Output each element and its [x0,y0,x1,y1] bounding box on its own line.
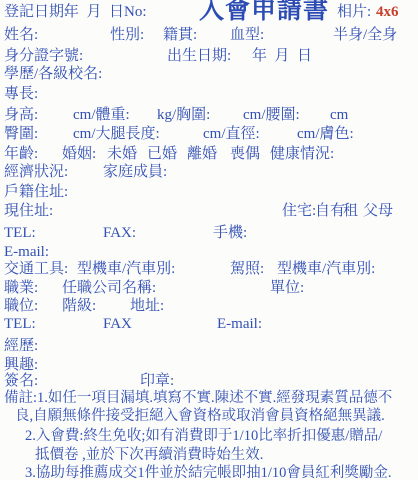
label-id-number: 身分證字號: [4,47,83,65]
label-residence: 住宅: [282,202,316,220]
note-line-2: 良,自願無條件接受拒絕入會資格或取消會員資格絕無異議. [15,407,385,425]
label-email: E-mail: [4,243,49,261]
row-experience: 經歷: [0,337,418,356]
row-body-measurements-2: 臀圍: cm/大腿長度: cm/直徑: cm/膚色: [0,125,418,144]
label-diameter: cm/直徑: [203,125,260,143]
option-rent: 租 [343,202,358,220]
label-waist: cm/腰圍: [243,106,300,124]
label-unit: 單位: [270,279,304,297]
label-rank: 階級: [62,297,96,315]
label-education: 學歷/各級校名: [4,65,102,83]
label-name: 姓名: [4,26,38,44]
label-work-fax: FAX [103,315,132,333]
label-half-or-full-body: 半身/全身 [333,26,397,44]
label-registration-date: 登記日期: [4,3,68,21]
row-note-1: 備註:1.如任一項目漏填.填寫不實.陳述不實.經發現素質品德不 [0,389,418,408]
option-married: 已婚 [147,145,177,163]
label-economic-status: 經濟狀況: [4,163,68,181]
label-vehicle-type-2: 型機車/汽車別: [277,260,375,278]
label-photo: 相片: [337,3,371,21]
label-mobile: 手機: [213,224,247,242]
row-current-address: 現住址: 住宅: 自有 租 父母 [0,202,418,221]
option-parents-home: 父母 [363,202,393,220]
label-position: 職位: [4,297,38,315]
label-blood-type: 血型: [230,26,264,44]
row-transport: 交通工具: 型機車/汽車別: 駕照: 型機車/汽車別: [0,260,418,279]
label-hip: 臀圍: [4,125,38,143]
row-note-5: 3.協助每推薦成交1件並於結完帳即抽1/10會員紅利獎勵金. [0,464,418,480]
label-fax: FAX: [103,224,136,242]
label-height: 身高: [4,106,38,124]
membership-application-form: 登記日期: 年 月 日No: 入會申請書 相片: 4x6 姓名: 性別: 籍貫:… [0,0,418,480]
label-skin-color: cm/膚色: [297,125,354,143]
label-cm-unit: cm [330,106,348,124]
option-single: 未婚 [107,145,137,163]
row-note-2: 良,自願無條件接受拒絕入會資格或取消會員資格絕無異議. [0,407,418,426]
label-thigh-length: cm/大腿長度: [73,125,160,143]
note-line-1: 備註:1.如任一項目漏填.填寫不實.陳述不實.經發現素質品德不 [4,389,392,407]
row-body-measurements-1: 身高: cm/體重: kg/胸圍: cm/腰圍: cm [0,106,418,125]
label-signature: 簽名: [4,372,38,390]
row-education: 學歷/各級校名: [0,65,418,84]
note-line-3: 2.入會費:終生免收;如有消費即于1/10比率折扣優惠/贈品/ [25,427,382,445]
label-family-members: 家庭成員: [103,163,167,181]
label-work-email: E-mail: [217,315,262,333]
label-gender: 性別: [110,26,144,44]
row-id: 身分證字號: 出生日期: 年 月 日 [0,47,418,66]
note-line-4: 抵價卷 ,並於下次再續消費時始生效. [35,446,263,464]
label-chest: kg/胸圍: [157,106,210,124]
page-title: 入會申請書 [199,0,329,24]
label-registered-address: 戶籍住址: [4,183,68,201]
photo-size-value: 4x6 [376,3,399,21]
row-age-marriage: 年齡: 婚姻: 未婚 已婚 離婚 喪偶 健康情況: [0,145,418,164]
label-work-address: 地址: [130,297,164,315]
label-age: 年齡: [4,145,38,163]
row-name: 姓名: 性別: 籍貫: 血型: 半身/全身 [0,26,418,45]
label-specialty: 專長: [4,85,38,103]
option-own-home: 自有 [315,202,345,220]
label-company-name: 任職公司名稱: [62,279,156,297]
row-note-4: 抵價卷 ,並於下次再續消費時始生效. [0,446,418,465]
label-weight: cm/體重: [73,106,130,124]
row-header: 登記日期: 年 月 日No: 入會申請書 相片: 4x6 [0,3,418,22]
label-vehicle-type-1: 型機車/汽車別: [77,260,175,278]
label-tel: TEL: [4,224,36,242]
label-work-tel: TEL: [4,315,36,333]
row-contact-2: TEL: FAX E-mail: [0,315,418,334]
row-contact-1: TEL: FAX: 手機: [0,224,418,243]
label-date-ymd-no: 年 月 日No: [64,3,147,21]
row-occupation: 職業: 任職公司名稱: 單位: [0,279,418,298]
label-health-condition: 健康情況: [270,145,334,163]
label-current-address: 現住址: [4,202,53,220]
option-divorced: 離婚 [187,145,217,163]
row-position: 職位: 階級: 地址: [0,297,418,316]
label-experience: 經歷: [4,337,38,355]
option-widowed: 喪偶 [230,145,260,163]
label-native-place: 籍貫: [163,26,197,44]
label-occupation: 職業: [4,279,38,297]
row-economic: 經濟狀況: 家庭成員: [0,163,418,182]
label-seal: 印章: [140,372,174,390]
label-birth-date: 出生日期: [167,47,231,65]
label-birth-ymd: 年 月 日 [252,47,312,65]
label-transport: 交通工具: [4,260,68,278]
row-note-3: 2.入會費:終生免收;如有消費即于1/10比率折扣優惠/贈品/ [0,427,418,446]
row-registered-address: 戶籍住址: [0,183,418,202]
note-line-5: 3.協助每推薦成交1件並於結完帳即抽1/10會員紅利獎勵金. [25,464,392,480]
row-specialty: 專長: [0,85,418,104]
label-marriage: 婚姻: [62,145,96,163]
label-drivers-license: 駕照: [230,260,264,278]
